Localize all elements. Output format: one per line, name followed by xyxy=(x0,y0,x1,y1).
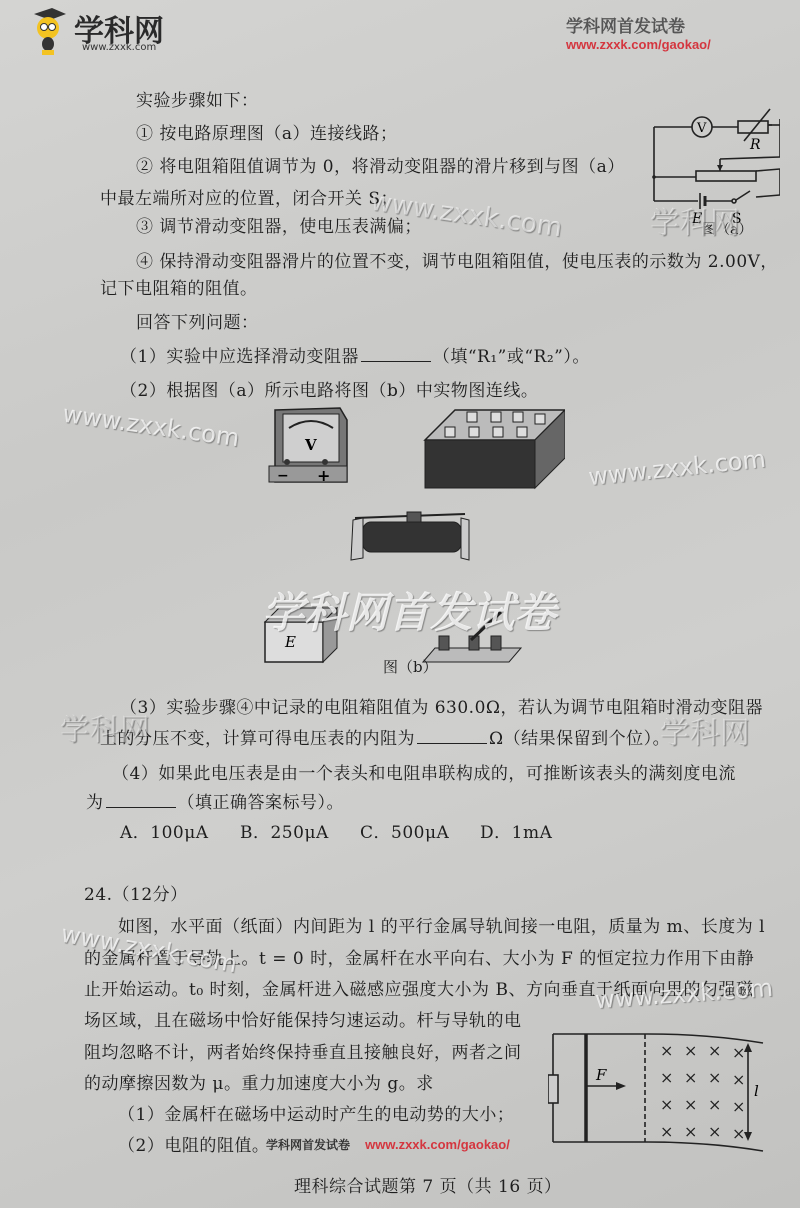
header-logo: 学科网 www.zxxk.com xyxy=(30,6,180,56)
width-label: l xyxy=(754,1082,759,1100)
question-2: （2）根据图（a）所示电路将图（b）中实物图连线。 xyxy=(120,376,538,401)
q1-answer-blank[interactable] xyxy=(361,347,431,362)
watermark-brand: 学科网 xyxy=(660,708,750,752)
svg-text:×: × xyxy=(708,1041,721,1060)
q1-text: （1）实验中应选择滑动变阻器 xyxy=(120,347,359,367)
question-3-line-2: 上的分压不变，计算可得电压表的内阻为Ω（结果保留到个位）。 xyxy=(100,724,670,749)
step-1: ① 按电路原理图（a）连接线路； xyxy=(136,119,398,144)
q24-paragraph-1: 如图，水平面（纸面）内间距为 l 的平行金属导轨间接一电阻，质量为 m、长度为 … xyxy=(118,912,765,937)
option-b[interactable]: B．250μA xyxy=(240,818,329,843)
step-2-line-2: 中最左端所对应的位置，闭合开关 S； xyxy=(100,184,398,209)
magnetic-field-x-icons: ×××× ×××× ×××× ×××× xyxy=(660,1041,745,1143)
footer-ad: 学科网首发试卷 www.zxxk.com/gaokao/ xyxy=(266,1134,510,1153)
logo-url: www.zxxk.com xyxy=(82,42,156,53)
q3-answer-blank[interactable] xyxy=(417,729,487,744)
svg-text:×: × xyxy=(732,1070,745,1089)
svg-text:×: × xyxy=(708,1068,721,1087)
svg-text:×: × xyxy=(732,1124,745,1143)
watermark-brand: 学科网 xyxy=(650,198,740,242)
resistor-box-label: R xyxy=(749,137,761,153)
svg-text:×: × xyxy=(684,1041,697,1060)
svg-text:×: × xyxy=(660,1068,673,1087)
svg-text:×: × xyxy=(732,1097,745,1116)
footer-ad-url[interactable]: www.zxxk.com/gaokao/ xyxy=(365,1137,510,1152)
option-a[interactable]: A．100μA xyxy=(120,818,209,843)
option-d[interactable]: D．1mA xyxy=(480,818,552,843)
voltmeter-device-icon: V − + xyxy=(269,408,347,485)
question-1: （1）实验中应选择滑动变阻器（填“R₁”或“R₂”）。 xyxy=(120,342,590,367)
q24-paragraph-5: 阻均忽略不计，两者始终保持垂直且接触良好，两者之间 xyxy=(84,1038,522,1063)
step-2-line-1: ② 将电阻箱阻值调节为 0，将滑动变阻器的滑片移到与图（a） xyxy=(136,152,625,177)
step-4-line-2: 记下电阻箱的阻值。 xyxy=(100,274,258,299)
header-right: 学科网首发试卷 www.zxxk.com/gaokao/ xyxy=(566,12,711,52)
header-right-url[interactable]: www.zxxk.com/gaokao/ xyxy=(566,37,711,52)
step-4-line-1: ④ 保持滑动变阻器滑片的位置不变，调节电阻箱阻值，使电压表的示数为 2.00V， xyxy=(136,247,778,272)
q1-suffix: （填“R₁”或“R₂”）。 xyxy=(433,347,590,367)
question-24-number: 24.（12分） xyxy=(84,880,188,905)
voltmeter-device-label: V xyxy=(304,436,317,454)
svg-text:×: × xyxy=(660,1095,673,1114)
footer-ad-title: 学科网首发试卷 xyxy=(266,1138,350,1152)
svg-text:×: × xyxy=(732,1043,745,1062)
force-label: F xyxy=(595,1066,607,1084)
slide-rheostat-icon xyxy=(351,512,469,560)
q4-answer-blank[interactable] xyxy=(106,793,176,808)
svg-text:×: × xyxy=(660,1041,673,1060)
svg-text:−: − xyxy=(277,468,289,484)
svg-text:×: × xyxy=(684,1122,697,1141)
q24-paragraph-6: 的动摩擦因数为 μ。重力加速度大小为 g。求 xyxy=(84,1069,434,1094)
svg-text:×: × xyxy=(684,1068,697,1087)
question-4-line-2: 为（填正确答案标号）。 xyxy=(86,788,344,813)
q24-paragraph-4: 场区域，且在磁场中恰好能保持匀速运动。杆与导轨的电 xyxy=(84,1006,522,1031)
answer-intro: 回答下列问题： xyxy=(136,308,259,333)
mascot-icon xyxy=(30,6,68,56)
page-footer: 理科综合试题第 7 页（共 16 页） xyxy=(294,1172,562,1197)
svg-text:×: × xyxy=(708,1095,721,1114)
q24-sub-2: （2）电阻的阻值。 xyxy=(118,1131,269,1156)
svg-text:+: + xyxy=(317,466,330,485)
figure-b-caption: 图（b） xyxy=(383,656,438,677)
watermark-url: www.zxxk.com xyxy=(61,400,241,453)
svg-text:×: × xyxy=(684,1095,697,1114)
svg-text:×: × xyxy=(660,1122,673,1141)
option-c[interactable]: C．500μA xyxy=(360,818,449,843)
voltmeter-label: V xyxy=(696,121,707,136)
q24-sub-1: （1）金属杆在磁场中运动时产生的电动势的大小； xyxy=(118,1100,514,1125)
header-right-title: 学科网首发试卷 xyxy=(566,12,711,37)
q24-rail-figure: F l ×××× ×××× ×××× ×××× xyxy=(548,1010,773,1158)
watermark-brand: 学科网 xyxy=(60,705,150,749)
watermark-url: www.zxxk.com xyxy=(587,445,767,491)
question-4-line-1: （4）如果此电压表是由一个表头和电阻串联构成的，可推断该表头的满刻度电流 xyxy=(112,759,736,784)
watermark-banner: 学科网首发试卷 xyxy=(262,580,556,640)
steps-intro: 实验步骤如下： xyxy=(136,86,259,111)
resistance-box-icon xyxy=(425,410,565,488)
svg-text:×: × xyxy=(708,1122,721,1141)
